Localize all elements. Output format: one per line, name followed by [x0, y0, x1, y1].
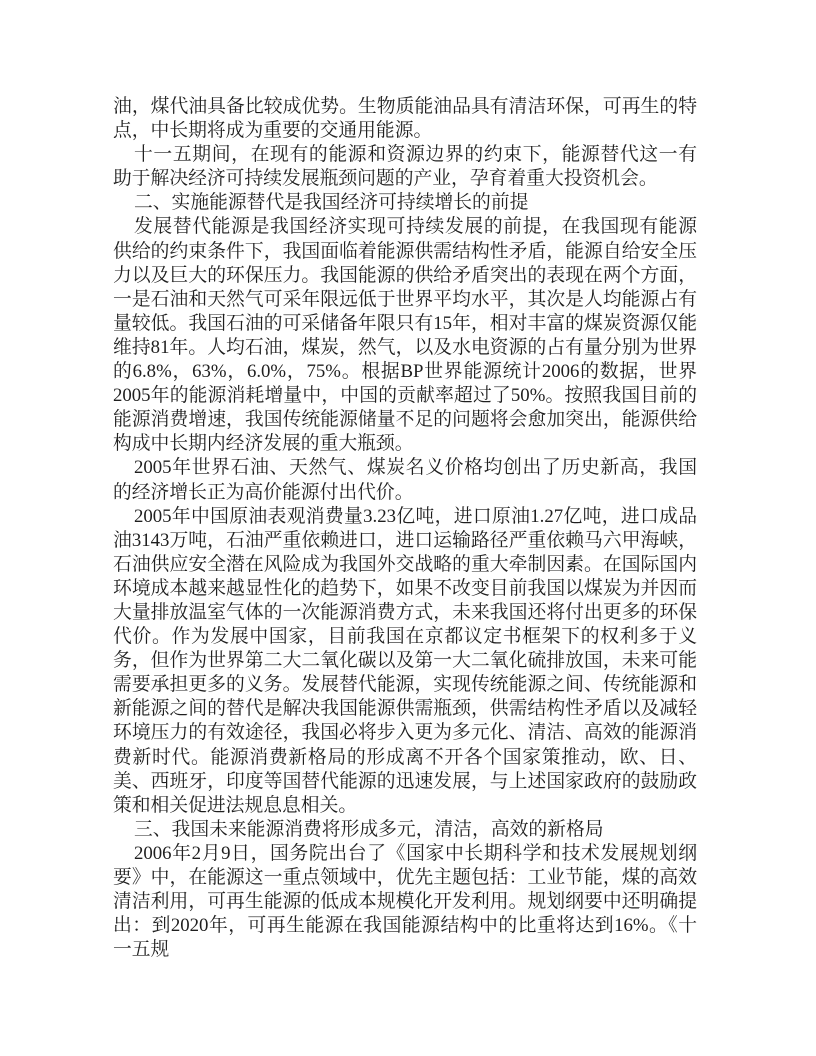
body-paragraph: 2005年中国原油表观消费量3.23亿吨，进口原油1.27亿吨，进口成品油314… [113, 505, 697, 818]
continuation-paragraph: 油，煤代油具备比较成优势。生物质能油品具有清洁环保，可再生的特点，中长期将成为重… [113, 95, 697, 143]
section-heading-2: 二、实施能源替代是我国经济可持续增长的前提 [113, 191, 697, 215]
body-paragraph: 2006年2月9日，国务院出台了《国家中长期科学和技术发展规划纲要》中，在能源这… [113, 842, 697, 962]
document-page: 油，煤代油具备比较成优势。生物质能油品具有清洁环保，可再生的特点，中长期将成为重… [0, 0, 816, 1056]
section-heading-3: 三、我国未来能源消费将形成多元，清洁，高效的新格局 [113, 818, 697, 842]
body-paragraph: 2005年世界石油、天然气、煤炭名义价格均创出了历史新高，我国的经济增长正为高价… [113, 456, 697, 504]
body-paragraph: 十一五期间，在现有的能源和资源边界的约束下，能源替代这一有助于解决经济可持续发展… [113, 143, 697, 191]
document-text-block: 油，煤代油具备比较成优势。生物质能油品具有清洁环保，可再生的特点，中长期将成为重… [113, 95, 697, 962]
body-paragraph: 发展替代能源是我国经济实现可持续发展的前提，在我国现有能源供给的约束条件下，我国… [113, 215, 697, 456]
